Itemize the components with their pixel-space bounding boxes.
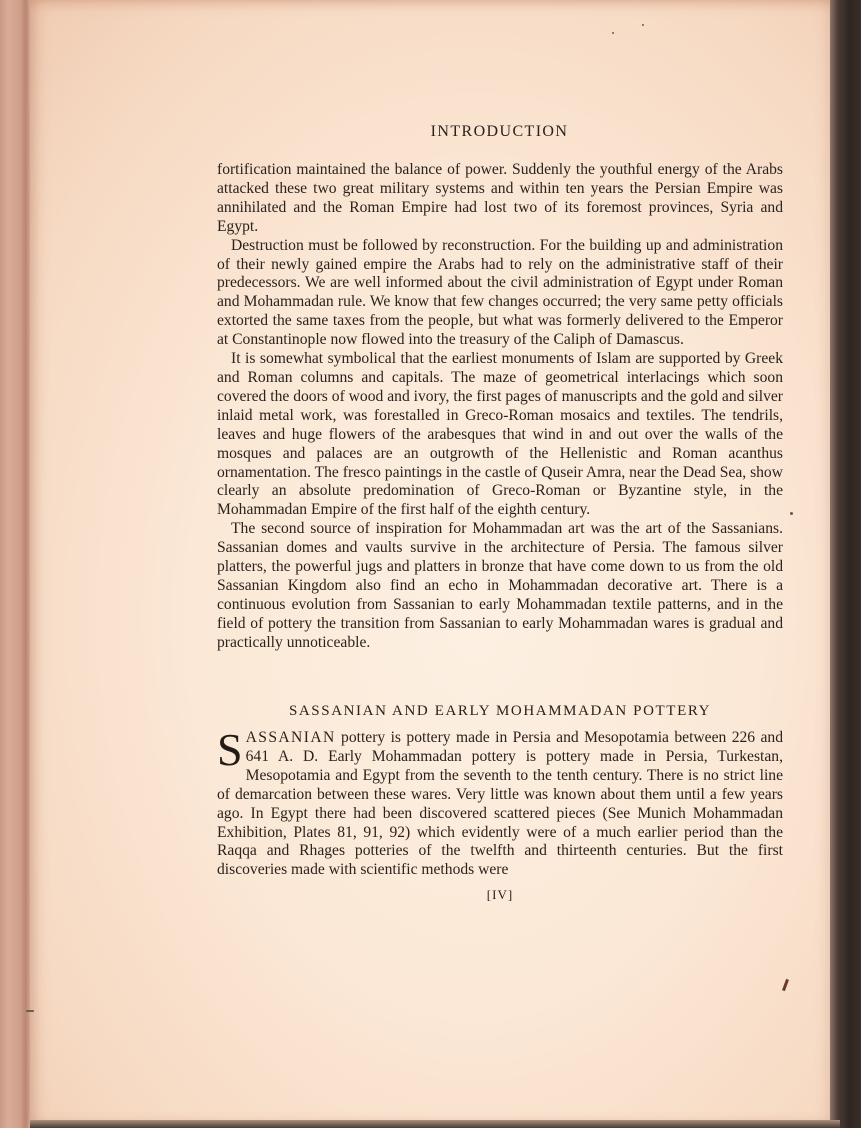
page-number: [IV] — [217, 887, 783, 903]
section-paragraph: SASSANIAN pottery is pottery made in Per… — [217, 729, 783, 880]
paragraph-2: Destruction must be followed by reconstr… — [217, 237, 783, 350]
page-right-shadow — [830, 0, 861, 1128]
paragraph-3: It is somewhat symbolical that the earli… — [217, 350, 783, 520]
section-body: SASSANIAN pottery is pottery made in Per… — [217, 729, 783, 880]
margin-speck — [790, 512, 793, 515]
paragraph-1: fortification maintained the balance of … — [217, 161, 783, 237]
lead-smallcaps: ASSANIAN — [246, 729, 336, 746]
page-bottom-edge — [30, 1120, 840, 1128]
drop-cap: S — [217, 731, 243, 769]
introduction-body: fortification maintained the balance of … — [217, 161, 783, 653]
paragraph-4: The second source of inspiration for Moh… — [217, 520, 783, 652]
paper-speck — [612, 32, 614, 34]
section-heading: SASSANIAN AND EARLY MOHAMMADAN POTTERY — [217, 703, 783, 720]
section-paragraph-text: pottery is pottery made in Persia and Me… — [217, 729, 783, 878]
paper-speck — [642, 24, 644, 26]
running-head: INTRODUCTION — [217, 123, 782, 141]
paper-speck — [26, 1010, 34, 1012]
book-spine-edge — [0, 0, 34, 1128]
